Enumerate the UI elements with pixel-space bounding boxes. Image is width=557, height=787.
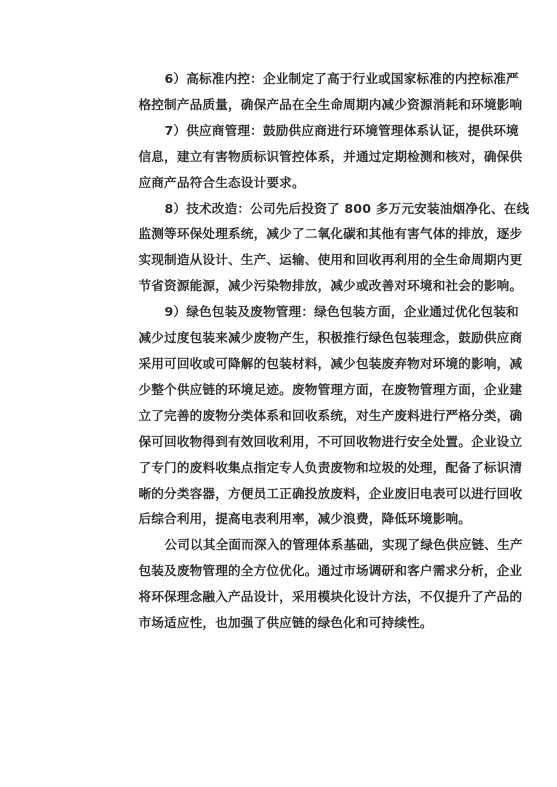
text-line: 7）供应商管理：鼓励供应商进行环境管理体系认证，提供环境 bbox=[112, 118, 466, 144]
document-page: 6）高标准内控：企业制定了高于行业或国家标准的内控标准严 格控制产品质量，确保产… bbox=[112, 66, 466, 636]
text-line: 6）高标准内控：企业制定了高于行业或国家标准的内控标准严 bbox=[112, 66, 466, 92]
text-line: 公司以其全面而深入的管理体系基础，实现了绿色供应链、生产 bbox=[112, 532, 466, 558]
text-line: 了专门的废料收集点指定专人负责废物和垃圾的处理，配备了标识清 bbox=[112, 455, 466, 481]
text-line: 减少过度包装来减少废物产生，积极推行绿色包装理念，鼓励供应商 bbox=[112, 325, 466, 351]
text-line: 节省资源能源，减少污染物排放，减少或改善对环境和社会的影响。 bbox=[112, 273, 466, 299]
paragraph-green-packaging-waste: 9）绿色包装及废物管理：绿色包装方面，企业通过优化包装和 减少过度包装来减少废物… bbox=[112, 299, 466, 532]
text-line: 少整个供应链的环境足迹。废物管理方面，在废物管理方面，企业建 bbox=[112, 377, 466, 403]
text-line: 将环保理念融入产品设计，采用模块化设计方法，不仅提升了产品的 bbox=[112, 584, 466, 610]
text-line: 信息，建立有害物质标识管控体系，并通过定期检测和核对，确保供 bbox=[112, 144, 466, 170]
text-line: 后综合利用，提高电表利用率，减少浪费，降低环境影响。 bbox=[112, 506, 466, 532]
text-line: 8）技术改造：公司先后投资了 800 多万元安装油烟净化、在线 bbox=[112, 196, 466, 222]
text-line: 包装及废物管理的全方位优化。通过市场调研和客户需求分析，企业 bbox=[112, 558, 466, 584]
text-line: 采用可回收或可降解的包装材料，减少包装废弃物对环境的影响，减 bbox=[112, 351, 466, 377]
text-line: 保可回收物得到有效回收利用，不可回收物进行安全处置。企业设立 bbox=[112, 429, 466, 455]
text-line: 9）绿色包装及废物管理：绿色包装方面，企业通过优化包装和 bbox=[112, 299, 466, 325]
text-line: 实现制造从设计、生产、运输、使用和回收再利用的全生命周期内更 bbox=[112, 247, 466, 273]
text-line: 格控制产品质量，确保产品在全生命周期内减少资源消耗和环境影响 bbox=[112, 92, 466, 118]
paragraph-high-standard-internal-control: 6）高标准内控：企业制定了高于行业或国家标准的内控标准严 格控制产品质量，确保产… bbox=[112, 66, 466, 118]
paragraph-supplier-management: 7）供应商管理：鼓励供应商进行环境管理体系认证，提供环境 信息，建立有害物质标识… bbox=[112, 118, 466, 196]
text-line: 应商产品符合生态设计要求。 bbox=[112, 170, 466, 196]
text-line: 市场适应性，也加强了供应链的绿色化和可持续性。 bbox=[112, 610, 466, 636]
text-line: 晰的分类容器，方便员工正确投放废料，企业废旧电表可以进行回收 bbox=[112, 481, 466, 507]
text-line: 立了完善的废物分类体系和回收系统，对生产废料进行严格分类，确 bbox=[112, 403, 466, 429]
text-line: 监测等环保处理系统，减少了二氧化碳和其他有害气体的排放，逐步 bbox=[112, 221, 466, 247]
paragraph-technical-renovation: 8）技术改造：公司先后投资了 800 多万元安装油烟净化、在线 监测等环保处理系… bbox=[112, 196, 466, 300]
paragraph-summary: 公司以其全面而深入的管理体系基础，实现了绿色供应链、生产 包装及废物管理的全方位… bbox=[112, 532, 466, 636]
